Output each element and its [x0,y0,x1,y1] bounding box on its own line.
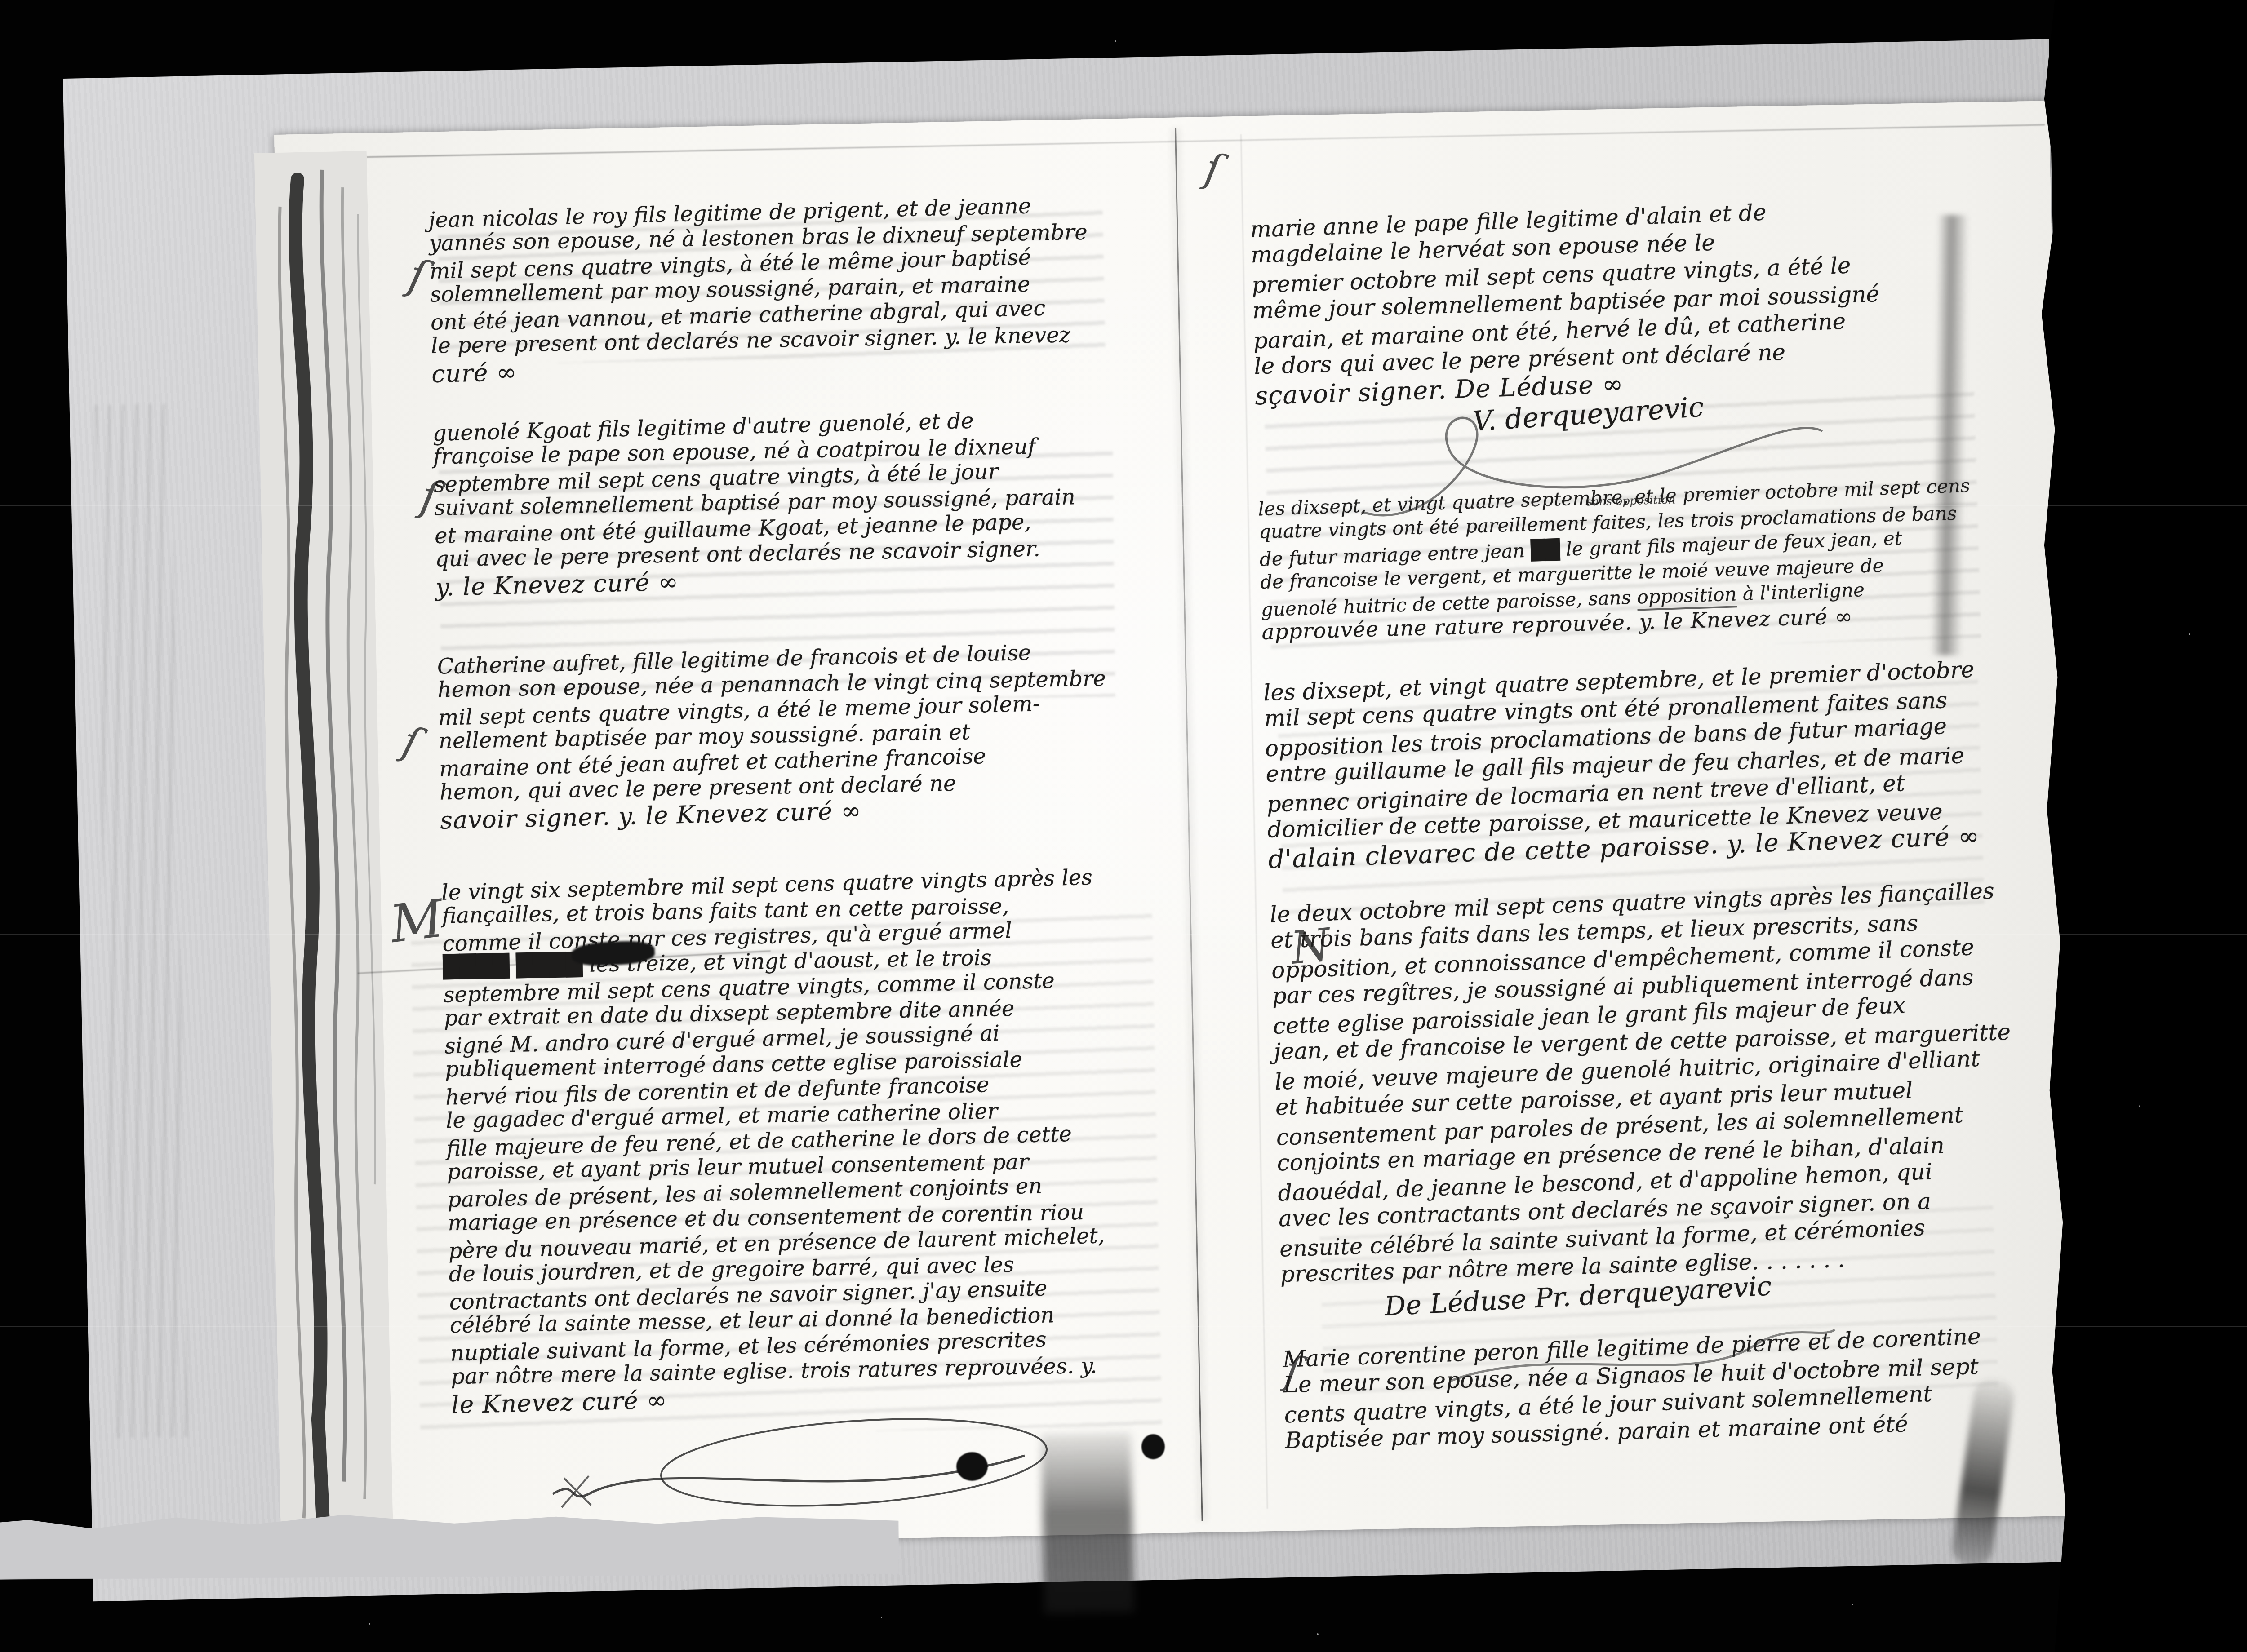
marriage-record-jean-le-grant: le deux octobre mil sept cens quatre vin… [1270,878,2027,1317]
film-scratch [0,934,2247,935]
film-scratch [0,505,2247,506]
gutter-smudge [1041,1432,1134,1613]
film-speck [881,1617,882,1618]
marriage-record-herve-riou: le vingt six septembre mil sept cens qua… [441,864,1191,1416]
book-spread: ſ ſ ſ M jean nicolas le roy fils legitim… [274,101,2076,1550]
microfilm-frame: ſ ſ ſ M jean nicolas le roy fils legitim… [0,0,2247,1652]
banns-record-guillaume-le-gall: les dixsept, et vingt quatre septembre, … [1263,656,2014,873]
baptism-record-catherine-aufret: Catherine aufret, fille legitime de fran… [437,638,1179,832]
underlined-word: opposition [1637,583,1737,611]
film-speck [1115,40,1116,42]
ink-blot [956,1452,988,1481]
film-speck [2139,1105,2140,1107]
right-page: ſ N ſ marie anne le pape fille legitime … [1171,97,2083,1537]
film-speck [2189,633,2190,635]
film-speck [369,1623,370,1625]
signature-flourish [1439,1316,1845,1400]
ink-blot [1141,1434,1165,1459]
paragraph-mark: ſ [404,250,431,301]
baptism-record-jean-nicolas-le-roy: jean nicolas le roy fils legitime de pri… [428,192,1171,385]
film-speck [1317,1633,1319,1635]
end-of-page-flourish [539,1402,1079,1528]
film-speck [1852,1604,1853,1605]
baptism-record-guenole-kgoat: guenolé Kgoat fils legitime d'autre guen… [432,405,1175,599]
margin-initial-mark: M [387,888,447,955]
paragraph-mark: ſ [1202,144,1225,193]
film-scratch [0,1326,2247,1327]
left-page: ſ ſ ſ M jean nicolas le roy fils legitim… [274,117,1204,1550]
signature-flourish [1341,390,1838,540]
paragraph-mark: ſ [398,717,424,767]
